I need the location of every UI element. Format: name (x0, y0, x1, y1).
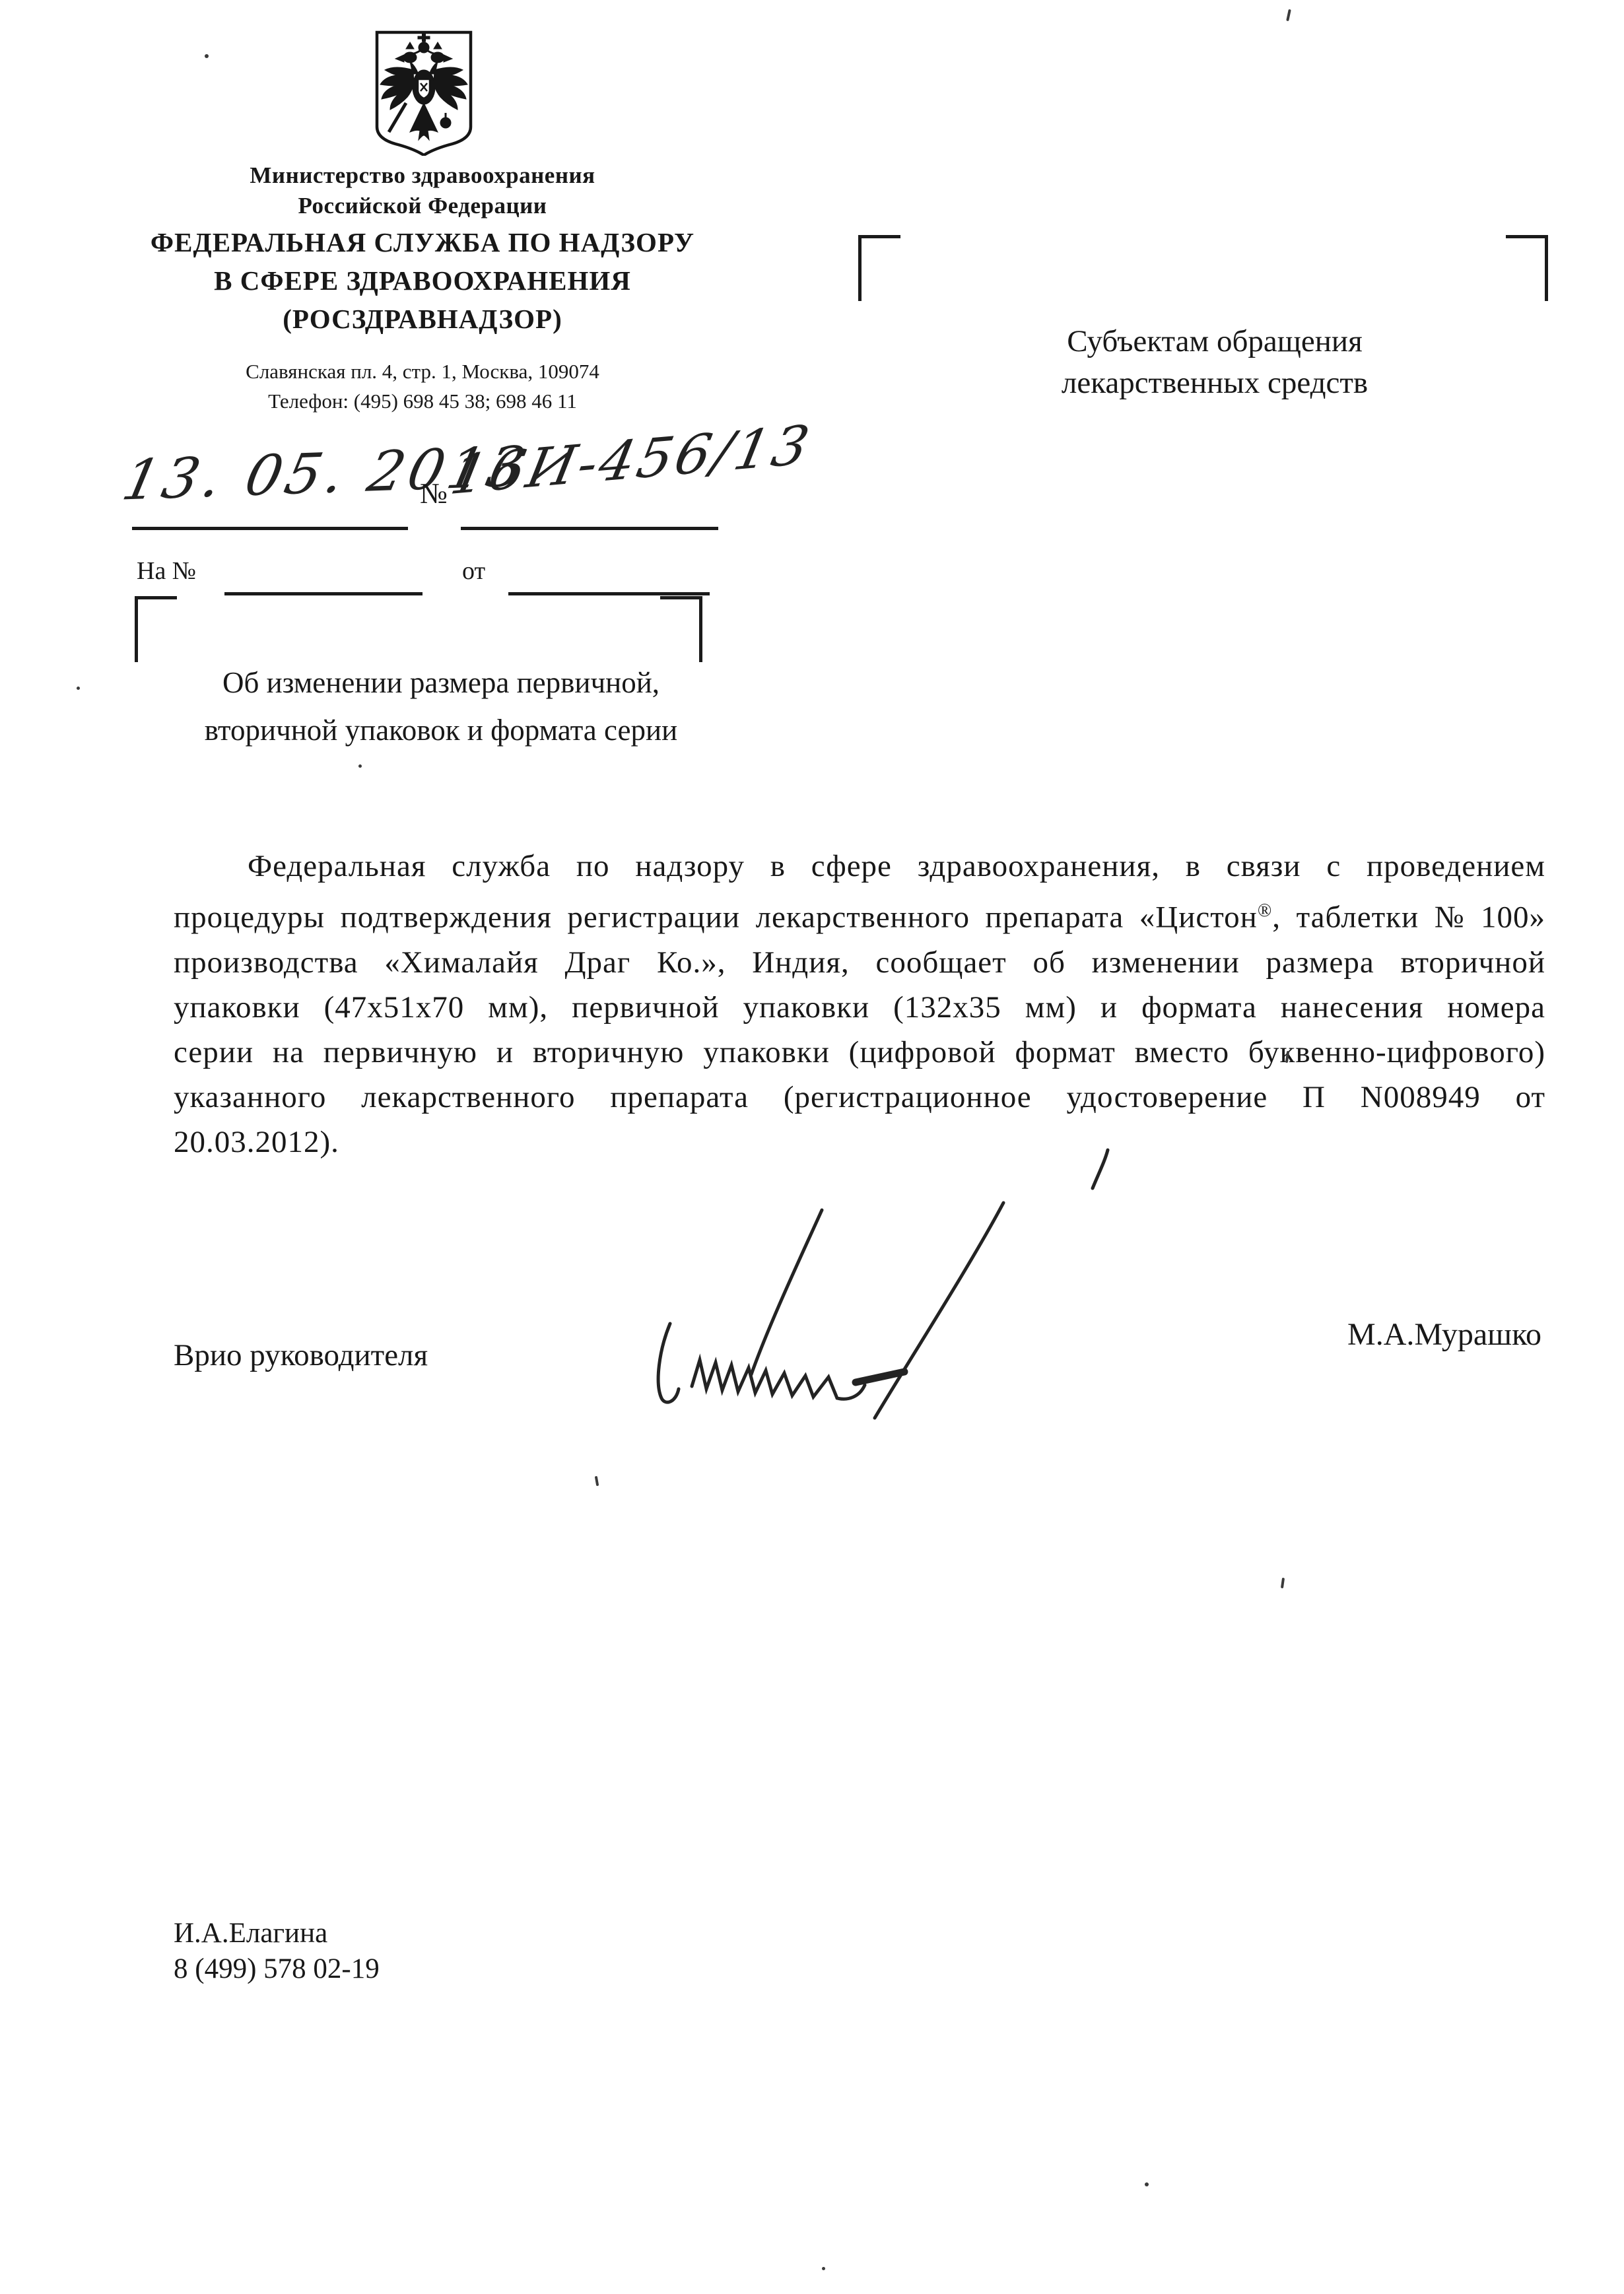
addressee-line1: Субъектам обращения (957, 321, 1472, 362)
addressee-corner-mark-left (858, 235, 900, 301)
reply-date-blank (508, 592, 710, 595)
service-name: ФЕДЕРАЛЬНАЯ СЛУЖБА ПО НАДЗОРУ В СФЕРЕ ЗД… (99, 223, 746, 338)
scan-artifact-tick (1286, 9, 1291, 21)
service-line2: В СФЕРЕ ЗДРАВООХРАНЕНИЯ (99, 261, 746, 300)
service-line3: (РОСЗДРАВНАДЗОР) (99, 300, 746, 338)
russia-coat-of-arms-icon (372, 29, 476, 156)
ministry-line1: Министерство здравоохранения (112, 160, 733, 191)
subject-line2: вторичной упаковок и формата серии (164, 706, 718, 754)
scan-artifact-tick (1281, 1578, 1285, 1588)
scan-artifact-dot (77, 687, 80, 690)
handwritten-signature-icon (627, 1139, 1155, 1456)
ministry-name: Министерство здравоохранения Российской … (112, 160, 733, 221)
ministry-line2: Российской Федерации (112, 191, 733, 221)
scan-artifact-dot (358, 764, 362, 768)
signer-name: М.А.Мурашко (1347, 1316, 1541, 1353)
executor-name: И.А.Елагина (174, 1917, 327, 1949)
signer-position-title: Врио руководителя (174, 1337, 428, 1373)
reply-number-label: На № (137, 557, 196, 586)
reply-from-label: от (462, 557, 485, 586)
scan-artifact-tick (595, 1476, 599, 1486)
subject-line1: Об изменении размера первичной, (164, 659, 718, 706)
subject-corner-mark-left (135, 596, 177, 662)
addressee-corner-mark-right (1506, 235, 1548, 301)
scan-artifact-dot (1145, 2182, 1149, 2186)
body-text-part2: , таблетки № 100» производства «Хималайя… (174, 900, 1545, 1159)
scan-artifact-dot (205, 54, 209, 58)
letterhead-phone: Телефон: (495) 698 45 38; 698 46 11 (112, 386, 733, 416)
letterhead-contacts: Славянская пл. 4, стр. 1, Москва, 109074… (112, 356, 733, 416)
registered-trademark-mark: ® (1258, 900, 1272, 921)
date-underline (132, 527, 408, 530)
reply-number-blank (224, 592, 423, 595)
subject-corner-mark-right (660, 596, 702, 662)
addressee-line2: лекарственных средств (957, 362, 1472, 404)
addressee-block: Субъектам обращения лекарственных средст… (957, 321, 1472, 404)
subject-block: Об изменении размера первичной, вторично… (164, 659, 718, 754)
body-paragraph: Федеральная служба по надзору в сфере зд… (174, 844, 1545, 1164)
executor-phone: 8 (499) 578 02-19 (174, 1953, 380, 1985)
outgoing-number-handwritten: 16И-456/13 (446, 414, 817, 507)
scan-artifact-dot (822, 2267, 825, 2270)
document-page: Министерство здравоохранения Российской … (0, 0, 1624, 2294)
number-underline (461, 527, 718, 530)
number-sign-label: № (420, 477, 448, 510)
letterhead-address: Славянская пл. 4, стр. 1, Москва, 109074 (112, 356, 733, 386)
service-line1: ФЕДЕРАЛЬНАЯ СЛУЖБА ПО НАДЗОРУ (99, 223, 746, 261)
